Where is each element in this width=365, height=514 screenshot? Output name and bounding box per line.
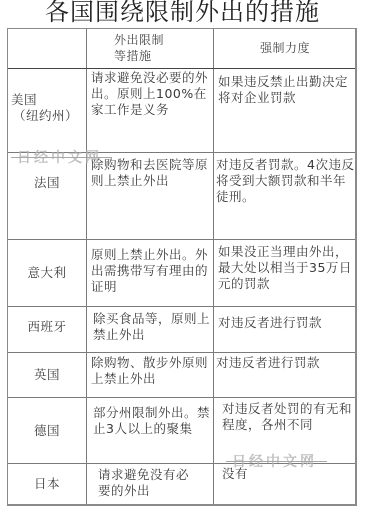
measures-table: 外出限制 等措施 强制力度 美国 （纽约州） 请求避免没必要的外出。原则上100… [7, 28, 357, 506]
watermark: 日经中文网 [17, 147, 102, 167]
row-country-japan: 日本 [8, 464, 86, 504]
column-divider [213, 29, 214, 504]
row-enforcement-italy: 如果没正当理由外出，最大处以相当于35万日元的罚款 [218, 244, 356, 292]
country-name: 美国 [11, 92, 37, 108]
row-measures-spain: 除买食品等，原则上禁止外出 [93, 311, 213, 343]
row-measures-uk: 除购物、散步外原则上禁止外出 [91, 355, 213, 387]
row-country-uk: 英国 [8, 353, 86, 397]
header-measures-line2: 等措施 [90, 48, 210, 64]
row-measures-usa: 请求避免没必要的外出。原则上100%在家工作是义务 [91, 70, 213, 118]
header-enforcement: 强制力度 [214, 40, 356, 56]
header-measures-line1: 外出限制 [90, 32, 210, 48]
watermark: 日经中文网 [232, 451, 317, 471]
row-enforcement-uk: 对违反者进行罚款 [216, 355, 356, 371]
row-country-spain: 西班牙 [8, 307, 86, 347]
row-enforcement-usa: 如果违反禁止出勤决定将对企业罚款 [218, 74, 356, 106]
header-measures: 外出限制 等措施 [90, 32, 210, 64]
row-country-italy: 意大利 [8, 240, 86, 306]
row-enforcement-spain: 对违反者进行罚款 [218, 315, 356, 331]
row-enforcement-france: 对违反者罚款。4次违反将受到大额罚款和半年徒刑。 [216, 157, 356, 205]
row-country-usa: 美国 （纽约州） [8, 69, 86, 152]
row-measures-japan: 请求避免没有必要的外出 [98, 467, 194, 499]
row-measures-italy: 原则上禁止外出。外出需携带写有理由的证明 [91, 247, 213, 295]
page-title: 各国围绕限制外出的措施 [0, 0, 365, 26]
column-divider [86, 29, 87, 504]
row-measures-germany: 部分州限制外出。禁止3人以上的聚集 [93, 405, 213, 437]
country-subregion: （纽约州） [13, 108, 78, 124]
row-measures-france: 除购物和去医院等原则上禁止外出 [91, 157, 213, 189]
row-enforcement-germany: 对违反者处罚的有无和程度，各州不同 [222, 401, 356, 433]
row-country-germany: 德国 [8, 398, 86, 463]
